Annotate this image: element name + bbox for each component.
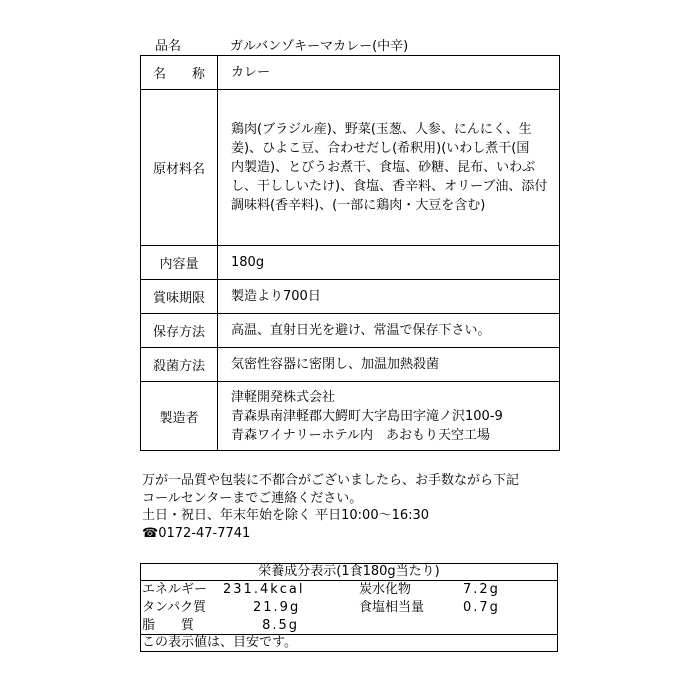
- spec-label: 原材料名: [141, 90, 218, 245]
- nutrient-value: 21.9g: [253, 599, 299, 617]
- spec-label: 賞味期限: [141, 280, 218, 313]
- ingredients-line: し、干ししいたけ)、食塩、香辛料、オリーブ油、添付: [231, 177, 547, 196]
- nutrient-name: エネルギー: [142, 581, 207, 599]
- spec-row-storage: 保存方法 高温、直射日光を避け、常温で保存下さい。: [141, 314, 559, 348]
- nutrient-value: 231.4kcal: [223, 581, 304, 599]
- spec-value: 高温、直射日光を避け、常温で保存下さい。: [231, 314, 553, 347]
- spec-row-best-before: 賞味期限 製造より700日: [141, 280, 559, 314]
- spec-row-contents: 内容量 180g: [141, 246, 559, 280]
- spec-label: 殺菌方法: [141, 348, 218, 381]
- ingredients-line: 姜)、ひよこ豆、合わせだし(希釈用)(いわし煮干(国: [231, 139, 547, 158]
- nutrient-name: 食塩相当量: [359, 599, 424, 617]
- manufacturer-facility: 青森ワイナリーホテル内 あおもり天空工場: [231, 426, 503, 445]
- notice-hours: 土日・祝日、年末年始を除く 平日10:00～16:30: [142, 507, 519, 525]
- product-name-value: ガルバンゾキーマカレー(中辛): [230, 38, 408, 56]
- nutrient-name: 炭水化物: [359, 581, 411, 599]
- nutrient-value: 8.5g: [253, 617, 299, 635]
- spec-value: 製造より700日: [231, 280, 553, 313]
- ingredients-line: 内製造)、とびうお煮干、食塩、砂糖、昆布、いわぶ: [231, 158, 547, 177]
- spec-row-ingredients: 原材料名 鶏肉(ブラジル産)、野菜(玉葱、人参、にんにく、生 姜)、ひよこ豆、合…: [141, 90, 559, 246]
- spec-value: カレー: [231, 56, 553, 89]
- manufacturer-address: 青森県南津軽郡大鰐町大字島田字滝ノ沢100-9: [231, 407, 503, 426]
- spec-label: 製造者: [141, 382, 218, 450]
- spec-value: 気密性容器に密閉し、加温加熱殺菌: [231, 348, 553, 381]
- nutrition-title: 栄養成分表示(1食180g当たり): [141, 564, 557, 581]
- spec-table: 名 称 カレー 原材料名 鶏肉(ブラジル産)、野菜(玉葱、人参、にんにく、生 姜…: [140, 55, 560, 451]
- notice-line: 万が一品質や包装に不都合がございましたら、お手数ながら下記: [142, 472, 519, 490]
- spec-row-name: 名 称 カレー: [141, 56, 559, 90]
- spec-label: 保存方法: [141, 314, 218, 347]
- nutrition-body: エネルギー 231.4kcal タンパク質 21.9g 脂 質 8.5g 炭水化…: [141, 581, 557, 636]
- ingredients-line: 調味料(香辛料)、(一部に鶏肉・大豆を含む): [231, 196, 547, 215]
- product-name-heading: 品名: [155, 38, 181, 56]
- spec-label: 内容量: [141, 246, 218, 279]
- spec-row-manufacturer: 製造者 津軽開発株式会社 青森県南津軽郡大鰐町大字島田字滝ノ沢100-9 青森ワ…: [141, 382, 559, 450]
- nutrient-value: 7.2g: [463, 581, 500, 599]
- notice-line: コールセンターまでご連絡ください。: [142, 490, 519, 508]
- spec-row-sterilization: 殺菌方法 気密性容器に密閉し、加温加熱殺菌: [141, 348, 559, 382]
- spec-value: 津軽開発株式会社 青森県南津軽郡大鰐町大字島田字滝ノ沢100-9 青森ワイナリー…: [231, 382, 553, 450]
- spec-value: 180g: [231, 246, 553, 279]
- nutrient-name: 脂 質: [142, 617, 194, 635]
- nutrient-value: 0.7g: [463, 599, 500, 617]
- ingredients-line: 鶏肉(ブラジル産)、野菜(玉葱、人参、にんにく、生: [231, 120, 547, 139]
- nutrition-facts-box: 栄養成分表示(1食180g当たり) エネルギー 231.4kcal タンパク質 …: [140, 563, 558, 652]
- spec-value: 鶏肉(ブラジル産)、野菜(玉葱、人参、にんにく、生 姜)、ひよこ豆、合わせだし(…: [231, 90, 553, 245]
- manufacturer-name: 津軽開発株式会社: [231, 388, 503, 407]
- nutrition-footer: この表示値は、目安です。: [141, 634, 557, 651]
- contact-notice: 万が一品質や包装に不都合がございましたら、お手数ながら下記 コールセンターまでご…: [142, 472, 519, 542]
- nutrient-name: タンパク質: [142, 599, 206, 617]
- phone-number: ☎0172-47-7741: [142, 525, 519, 543]
- spec-label: 名 称: [141, 56, 218, 89]
